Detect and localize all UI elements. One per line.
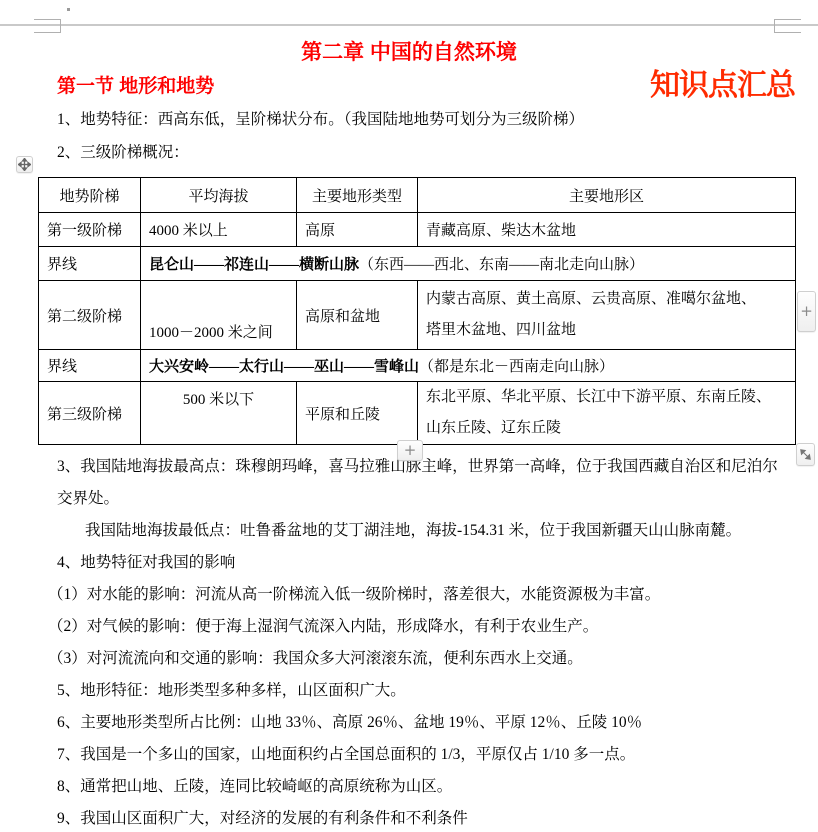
plus-icon: + [404,443,417,458]
table-resize-handle[interactable] [796,443,815,466]
page-boundary-line [0,24,818,26]
insert-column-button[interactable]: + [797,291,816,332]
knowledge-summary-logo: 知识点汇总 [633,70,795,102]
landform-type-cell: 高原 [297,213,418,247]
regions-cell: 东北平原、华北平原、长江中下游平原、东南丘陵、 山东丘陵、辽东丘陵 [418,382,796,445]
plus-icon: + [800,304,813,319]
table-header-row: 地势阶梯 平均海拔 主要地形类型 主要地形区 [39,178,796,213]
regions-cell: 青藏高原、柴达木盆地 [418,213,796,247]
document-page: 第二章 中国的自然环境 第一节 地形和地势 知识点汇总 1、地势特征：西高东低，… [0,0,818,832]
note-item-5: 5、地形特征：地形类型多种多样，山区面积广大。 [57,675,801,707]
note-item-4-2: （2）对气候的影响：便于海上湿润气流深入内陆，形成降水，有利于农业生产。 [48,611,801,643]
boundary-content-cell: 大兴安岭——太行山——巫山——雪峰山（都是东北－西南走向山脉） [141,350,796,382]
table-row-boundary2: 界线 大兴安岭——太行山——巫山——雪峰山（都是东北－西南走向山脉） [39,350,796,382]
table-row-tier3: 第三级阶梯 500 米以下 平原和丘陵 东北平原、华北平原、长江中下游平原、东南… [39,382,796,445]
note-item-4-3: （3）对河流流向和交通的影响：我国众多大河滚滚东流，便利东西水上交通。 [48,643,801,675]
regions-line: 内蒙古高原、黄土高原、云贵高原、准噶尔盆地、 [426,284,787,315]
col-header-elevation: 平均海拔 [141,178,297,213]
boundary-mountains: 大兴安岭——太行山——巫山——雪峰山 [149,359,419,375]
regions-cell: 内蒙古高原、黄土高原、云贵高原、准噶尔盆地、 塔里木盆地、四川盆地 [418,281,796,350]
chapter-title: 第二章 中国的自然环境 [0,36,818,66]
note-item-3-line1: 3、我国陆地海拔最高点：珠穆朗玛峰，喜马拉雅山脉主峰，世界第一高峰，位于我国西藏… [57,451,801,483]
regions-line: 山东丘陵、辽东丘陵 [426,413,787,444]
margin-crop-mark-left [34,19,61,33]
col-header-landform-type: 主要地形类型 [297,178,418,213]
table-row-tier2: 第二级阶梯 1000－2000 米之间 高原和盆地 内蒙古高原、黄土高原、云贵高… [39,281,796,350]
insert-row-button[interactable]: + [397,440,423,461]
regions-line: 东北平原、华北平原、长江中下游平原、东南丘陵、 [426,382,787,413]
note-item-8: 8、通常把山地、丘陵，连同比较崎岖的高原统称为山区。 [57,771,801,803]
table-row-tier1: 第一级阶梯 4000 米以上 高原 青藏高原、柴达木盆地 [39,213,796,247]
diagonal-resize-icon [799,448,812,461]
regions-line: 塔里木盆地、四川盆地 [426,315,787,346]
terrain-table: 地势阶梯 平均海拔 主要地形类型 主要地形区 第一级阶梯 4000 米以上 高原… [38,177,796,445]
four-way-arrow-icon [18,158,31,171]
intro-item-2: 2、三级阶梯概况： [57,140,189,162]
elevation-cell: 1000－2000 米之间 [141,281,297,350]
col-header-regions: 主要地形区 [418,178,796,213]
note-item-3-line2: 交界处。 [57,483,801,515]
table-move-handle[interactable] [16,156,33,173]
note-item-7: 7、我国是一个多山的国家，山地面积约占全国总面积的 1/3，平原仅占 1/10 … [57,739,801,771]
note-item-9: 9、我国山区面积广大，对经济的发展的有利条件和不利条件 [57,803,801,832]
intro-item-1: 1、地势特征：西高东低，呈阶梯状分布。（我国陆地地势可划分为三级阶梯） [57,107,584,129]
landform-type-cell: 平原和丘陵 [297,382,418,445]
col-header-tier: 地势阶梯 [39,178,141,213]
boundary-label-cell: 界线 [39,247,141,281]
table-row-boundary1: 界线 昆仑山——祁连山——横断山脉（东西——西北、东南——南北走向山脉） [39,247,796,281]
boundary-content-cell: 昆仑山——祁连山——横断山脉（东西——西北、东南——南北走向山脉） [141,247,796,281]
tier-cell: 第一级阶梯 [39,213,141,247]
paragraph-mark-dot [67,8,70,11]
tier-cell: 第三级阶梯 [39,382,141,445]
landform-type-cell: 高原和盆地 [297,281,418,350]
note-item-4: 4、地势特征对我国的影响 [57,547,801,579]
boundary-label-cell: 界线 [39,350,141,382]
note-item-3-lowest: 我国陆地海拔最低点：吐鲁番盆地的艾丁湖洼地，海拔-154.31 米，位于我国新疆… [57,515,801,547]
boundary-mountains: 昆仑山——祁连山——横断山脉 [149,257,359,273]
section-title: 第一节 地形和地势 [57,71,214,98]
elevation-cell: 500 米以下 [141,382,297,445]
boundary-note: （东西——西北、东南——南北走向山脉） [359,257,644,273]
note-item-4-1: （1）对水能的影响：河流从高一阶梯流入低一级阶梯时，落差很大，水能资源极为丰富。 [48,579,801,611]
margin-crop-mark-right [774,19,801,33]
boundary-note: （都是东北－西南走向山脉） [419,359,614,375]
note-item-6: 6、主要地形类型所占比例：山地 33％、高原 26％、盆地 19％、平原 12％… [57,707,801,739]
tier-cell: 第二级阶梯 [39,281,141,350]
notes-section: 3、我国陆地海拔最高点：珠穆朗玛峰，喜马拉雅山脉主峰，世界第一高峰，位于我国西藏… [57,451,801,832]
terrain-table-wrap: 地势阶梯 平均海拔 主要地形类型 主要地形区 第一级阶梯 4000 米以上 高原… [38,177,796,445]
elevation-cell: 4000 米以上 [141,213,297,247]
